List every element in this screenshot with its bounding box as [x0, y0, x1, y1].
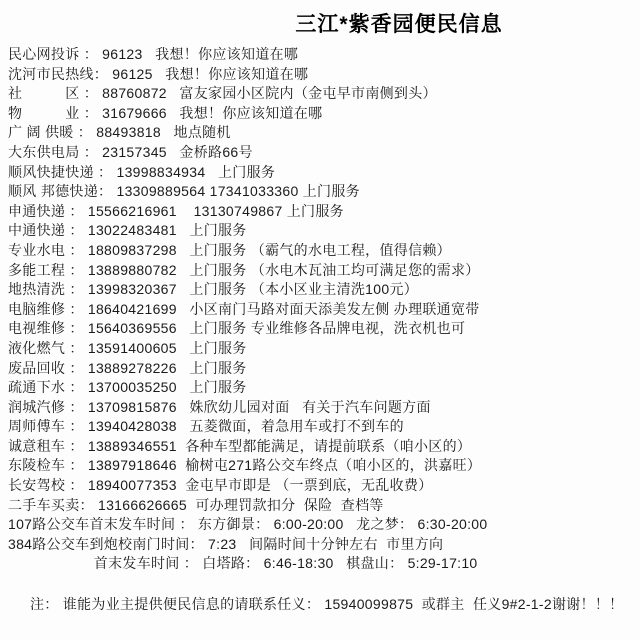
info-line: 地热清洗 ： 13998320367 上门服务 （本小区业主清洗100元）: [8, 280, 632, 300]
info-line: 107路公交车首末发车时间 ： 东方御景： 6:00-20:00 龙之梦： 6:…: [8, 515, 632, 535]
info-line: 顺风快捷快递 ： 13998834934 上门服务: [8, 163, 632, 183]
info-line: 液化燃气 ： 13591400605 上门服务: [8, 339, 632, 359]
info-line: 专业水电 ： 18809837298 上门服务 （霸气的水电工程，值得信赖）: [8, 241, 632, 261]
info-line: 384路公交车到炮校南门时间： 7:23 间隔时间十分钟左右 市里方向: [8, 535, 632, 555]
info-line: 东陵检车 ： 13897918646 榆树屯271路公交车终点（咱小区的，洪嘉旺…: [8, 456, 632, 476]
page-title: 三江*紫香园便民信息: [8, 8, 632, 38]
info-line: 社 区 ： 88760872 富友家园小区院内（金屯早市南侧到头）: [8, 84, 632, 104]
info-line: 周师傅车 ： 13940428038 五菱微面，着急用车或打不到车的: [8, 417, 632, 437]
info-line: 首末发车时间 ： 白塔路： 6:46-18:30 棋盘山： 5:29-17:10: [8, 554, 632, 574]
document-page: 三江*紫香园便民信息 民心网投诉 ： 96123 我想！你应该知道在哪沈河市民热…: [0, 0, 640, 640]
info-line: 沈河市民热线： 96125 我想！你应该知道在哪: [8, 65, 632, 85]
footer-note: 注： 谁能为业主提供便民信息的请联系任义： 15940099875 或群主 任义…: [8, 595, 632, 615]
info-line: 二手车买卖： 13166626665 可办理罚款扣分 保险 查档等: [8, 496, 632, 516]
info-line: 长安驾校 ： 18940077353 金屯早市即是 （一票到底，无乱收费）: [8, 476, 632, 496]
info-line: 疏通下水 ： 13700035250 上门服务: [8, 378, 632, 398]
info-line: 广 阔 供暖 ： 88493818 地点随机: [8, 123, 632, 143]
info-line: 润城汽修 ： 13709815876 姝欣幼儿园对面 有关于汽车问题方面: [8, 398, 632, 418]
info-line: 大东供电局 ： 23157345 金桥路66号: [8, 143, 632, 163]
info-line: 物 业 ： 31679666 我想！你应该知道在哪: [8, 104, 632, 124]
info-line: 电视维修 ： 15640369556 上门服务 专业维修各品牌电视，洗衣机也可: [8, 319, 632, 339]
info-line: 诚意租车 ： 13889346551 各种车型都能满足，请提前联系（咱小区的）: [8, 437, 632, 457]
info-line: 多能工程 ： 13889880782 上门服务 （水电木瓦油工均可满足您的需求）: [8, 261, 632, 281]
info-line: 顺风 邦德快递： 13309889564 17341033360 上门服务: [8, 182, 632, 202]
info-line: 申通快递 ： 15566216961 13130749867 上门服务: [8, 202, 632, 222]
info-line: 废品回收 ： 13889278226 上门服务: [8, 359, 632, 379]
info-line: 电脑维修 ： 18640421699 小区南门马路对面天添美发左侧 办理联通宽带: [8, 300, 632, 320]
info-line: 民心网投诉 ： 96123 我想！你应该知道在哪: [8, 45, 632, 65]
info-line: 中通快递 ： 13022483481 上门服务: [8, 221, 632, 241]
info-list: 民心网投诉 ： 96123 我想！你应该知道在哪沈河市民热线： 96125 我想…: [8, 45, 632, 574]
